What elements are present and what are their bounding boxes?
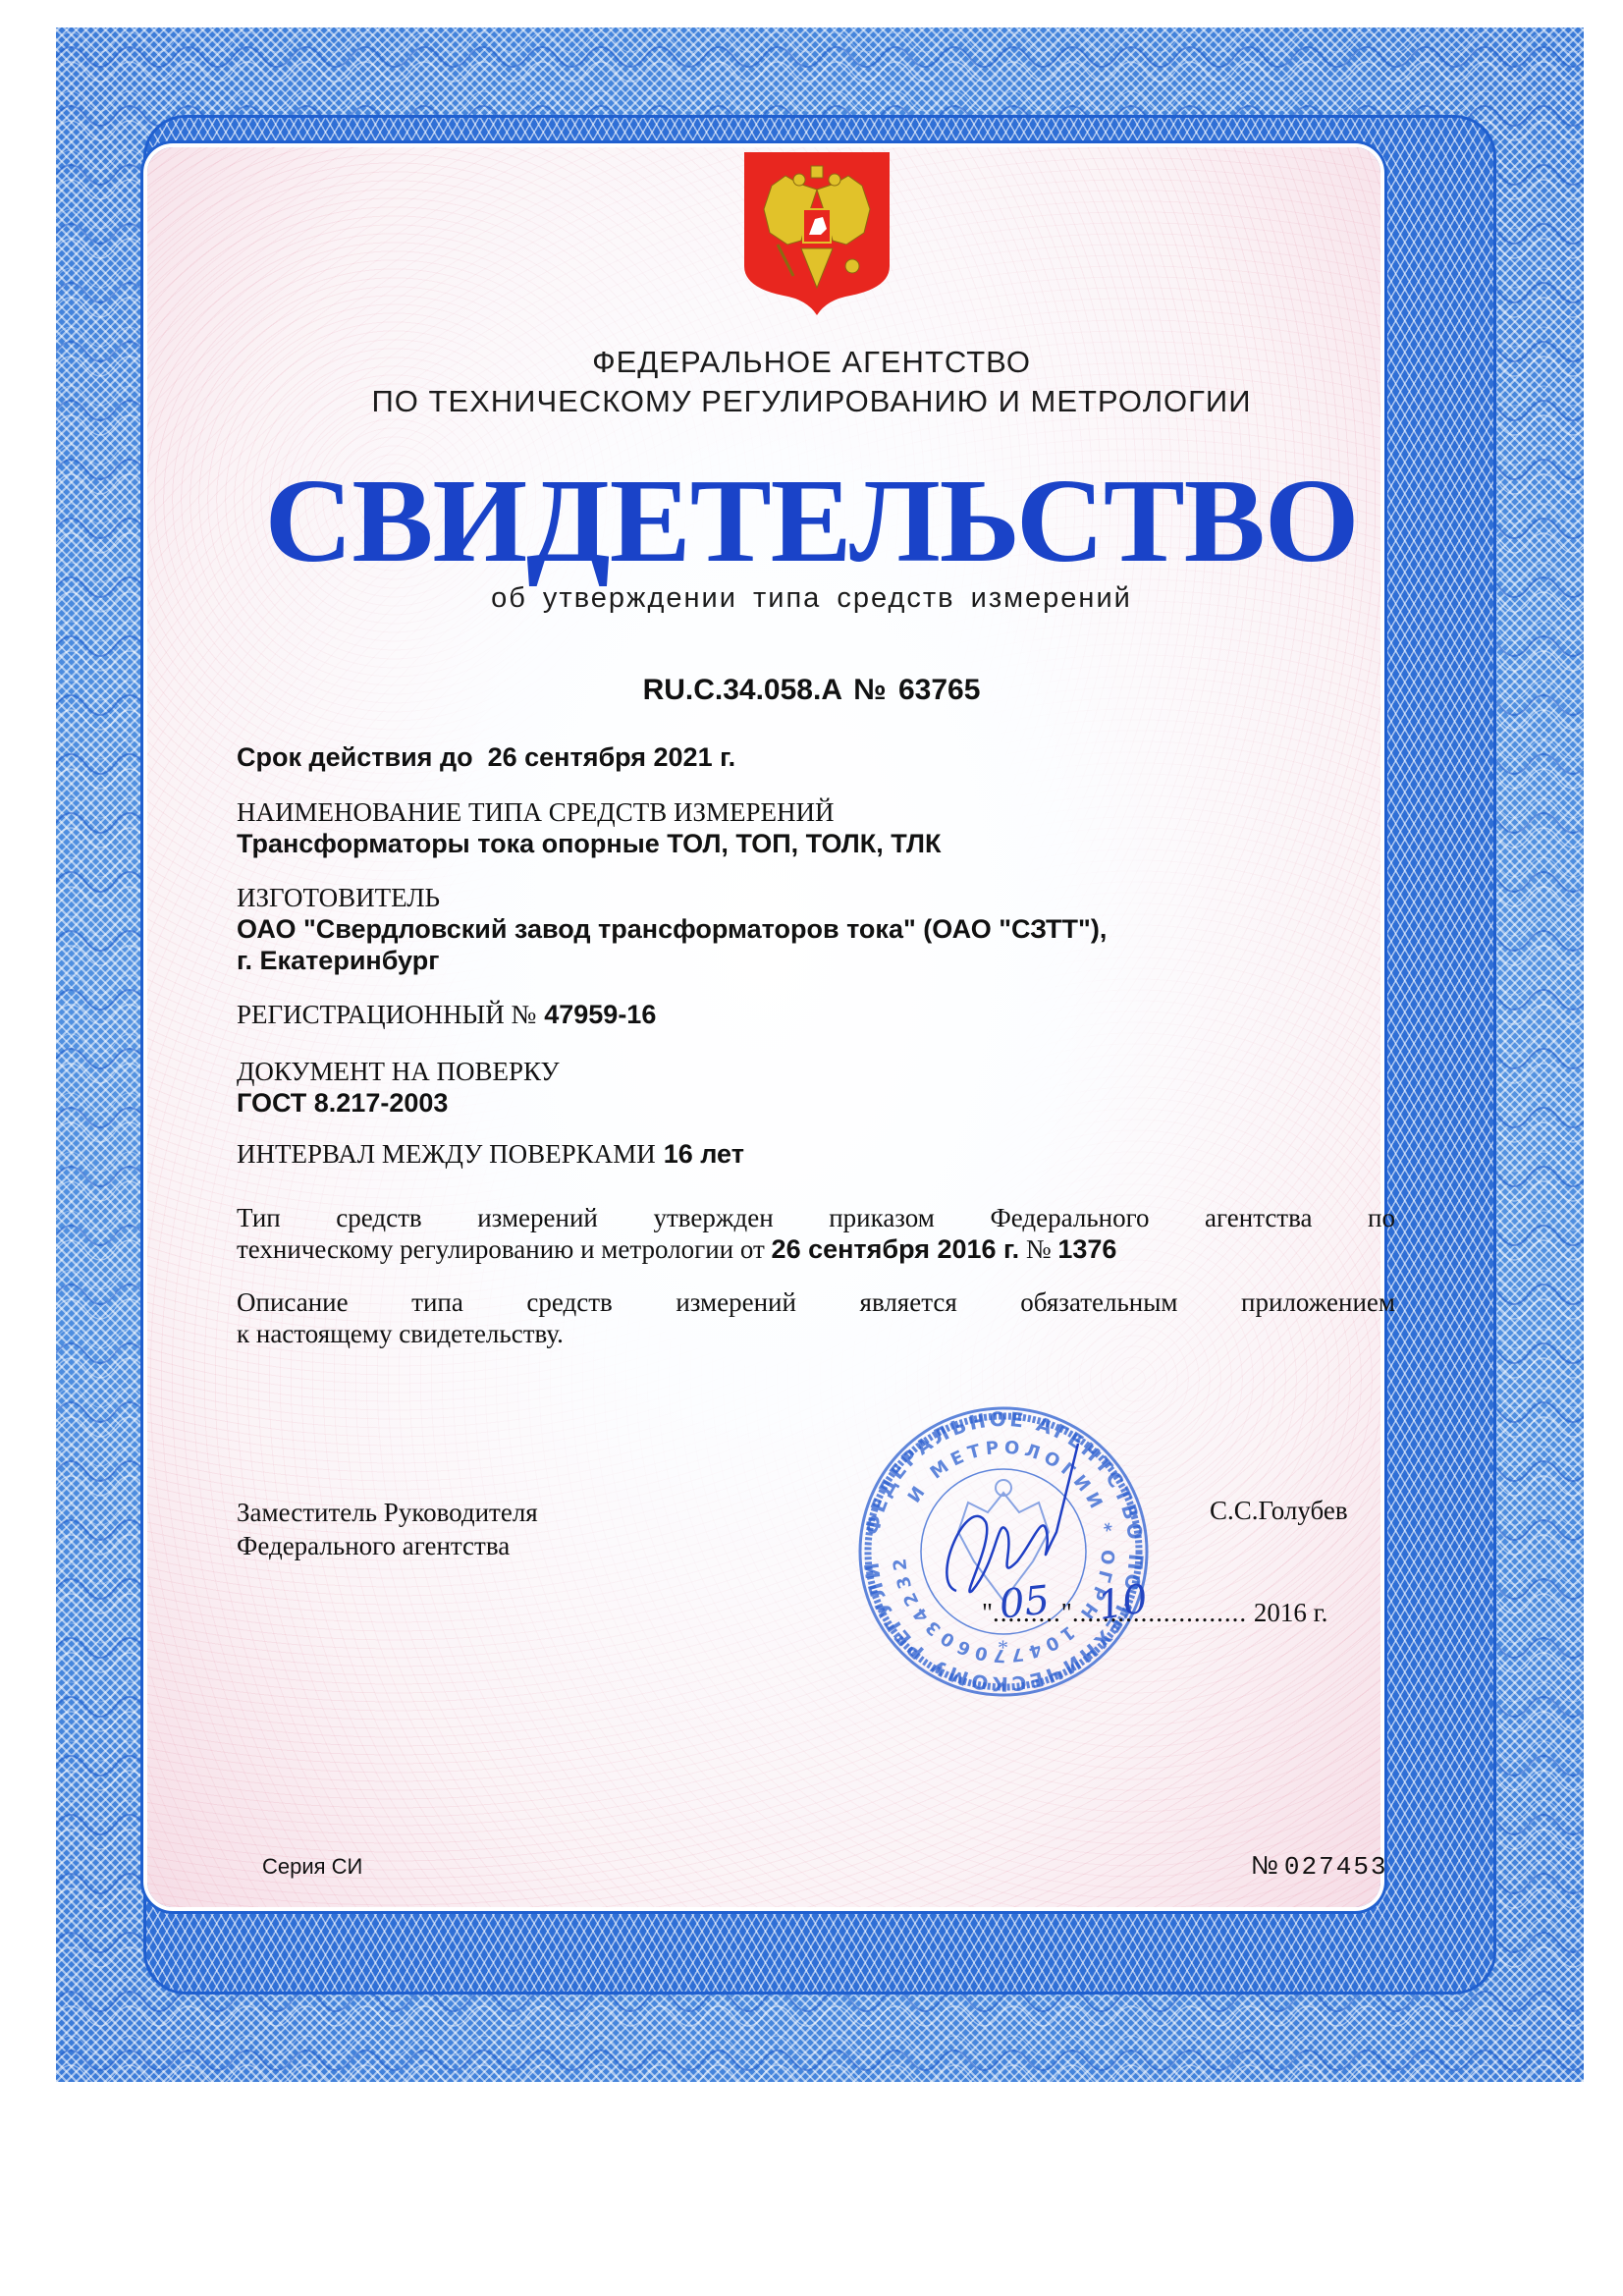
serial-sign: № — [1251, 1850, 1278, 1880]
type-name-label: НАИМЕНОВАНИЕ ТИПА СРЕДСТВ ИЗМЕРЕНИЙ — [237, 796, 1395, 828]
verification-doc-section: ДОКУМЕНТ НА ПОВЕРКУ ГОСТ 8.217-2003 — [237, 1056, 1395, 1119]
description-line2: к настоящему свидетельству. — [237, 1318, 1395, 1349]
order-number-sign: № — [1026, 1234, 1052, 1264]
document-subtitle: об утверждении типа средств измерений — [0, 582, 1623, 615]
agency-name-line2: ПО ТЕХНИЧЕСКОМУ РЕГУЛИРОВАНИЮ И МЕТРОЛОГ… — [0, 384, 1623, 419]
order-date: 26 сентября 2016 г. — [772, 1234, 1020, 1264]
handwritten-month: 10 — [1094, 1576, 1151, 1629]
order-paragraph: Тип средств измерений утвержден приказом… — [237, 1202, 1395, 1265]
manufacturer-label: ИЗГОТОВИТЕЛЬ — [237, 882, 1395, 913]
order-line1: Тип средств измерений утвержден приказом… — [237, 1202, 1395, 1233]
order-line2-prefix: техническому регулированию и метрологии … — [237, 1234, 765, 1264]
serial-value: 027453 — [1284, 1852, 1388, 1882]
validity-line: Срок действия до 26 сентября 2021 г. — [237, 742, 1395, 773]
interval-label: ИНТЕРВАЛ МЕЖДУ ПОВЕРКАМИ — [237, 1139, 656, 1169]
signatory-position-line1: Заместитель Руководителя — [237, 1496, 538, 1529]
stamp-inner-text: И МЕТРОЛОГИИ * ОГРН 1047706034232 — [890, 1438, 1118, 1667]
signatory-position: Заместитель Руководителя Федерального аг… — [237, 1496, 538, 1562]
verification-doc-value: ГОСТ 8.217-2003 — [237, 1087, 1395, 1119]
serial-number: №027453 — [1251, 1850, 1388, 1882]
coat-of-arms-icon — [742, 150, 892, 317]
signature-year: 2016 г. — [1254, 1598, 1328, 1627]
validity-label: Срок действия до — [237, 742, 473, 772]
signatory-position-line2: Федерального агентства — [237, 1529, 538, 1562]
series-label: Серия СИ — [262, 1854, 362, 1880]
manufacturer-section: ИЗГОТОВИТЕЛЬ ОАО "Свердловский завод тра… — [237, 882, 1395, 976]
interval-value: 16 лет — [664, 1139, 744, 1169]
validity-date: 26 сентября 2021 г. — [488, 742, 736, 772]
description-paragraph: Описание типа средств измерений является… — [237, 1286, 1395, 1349]
svg-text:И МЕТРОЛОГИИ * ОГРН 1047706034: И МЕТРОЛОГИИ * ОГРН 1047706034232 — [890, 1438, 1118, 1667]
certificate-number: RU.C.34.058.A № 63765 — [0, 674, 1623, 707]
official-seal-stamp: ФЕДЕРАЛЬНОЕ АГЕНТСТВО ПО ТЕХНИЧЕСКОМУ РЕ… — [850, 1404, 1157, 1699]
type-name-value: Трансформаторы тока опорные ТОЛ, ТОП, ТО… — [237, 828, 1395, 859]
registration-value: 47959-16 — [544, 1000, 656, 1029]
verification-doc-label: ДОКУМЕНТ НА ПОВЕРКУ — [237, 1056, 1395, 1087]
registration-label: РЕГИСТРАЦИОННЫЙ № — [237, 1000, 536, 1029]
manufacturer-city: г. Екатеринбург — [237, 945, 1395, 976]
type-name-section: НАИМЕНОВАНИЕ ТИПА СРЕДСТВ ИЗМЕРЕНИЙ Тран… — [237, 796, 1395, 859]
order-number: 1376 — [1057, 1234, 1116, 1264]
signatory-name: С.С.Голубев — [1210, 1496, 1348, 1526]
handwritten-day: 05 — [998, 1577, 1052, 1627]
manufacturer-name: ОАО "Свердловский завод трансформаторов … — [237, 913, 1395, 945]
certificate-content: ФЕДЕРАЛЬНОЕ АГЕНТСТВО ПО ТЕХНИЧЕСКОМУ РЕ… — [0, 0, 1623, 2296]
description-line1: Описание типа средств измерений является… — [237, 1286, 1395, 1318]
interval-line: ИНТЕРВАЛ МЕЖДУ ПОВЕРКАМИ 16 лет — [237, 1139, 1395, 1170]
registration-line: РЕГИСТРАЦИОННЫЙ № 47959-16 — [237, 1000, 1395, 1030]
svg-text:*: * — [998, 1635, 1008, 1660]
document-title: СВИДЕТЕЛЬСТВО — [0, 462, 1623, 581]
agency-name-line1: ФЕДЕРАЛЬНОЕ АГЕНТСТВО — [0, 345, 1623, 380]
